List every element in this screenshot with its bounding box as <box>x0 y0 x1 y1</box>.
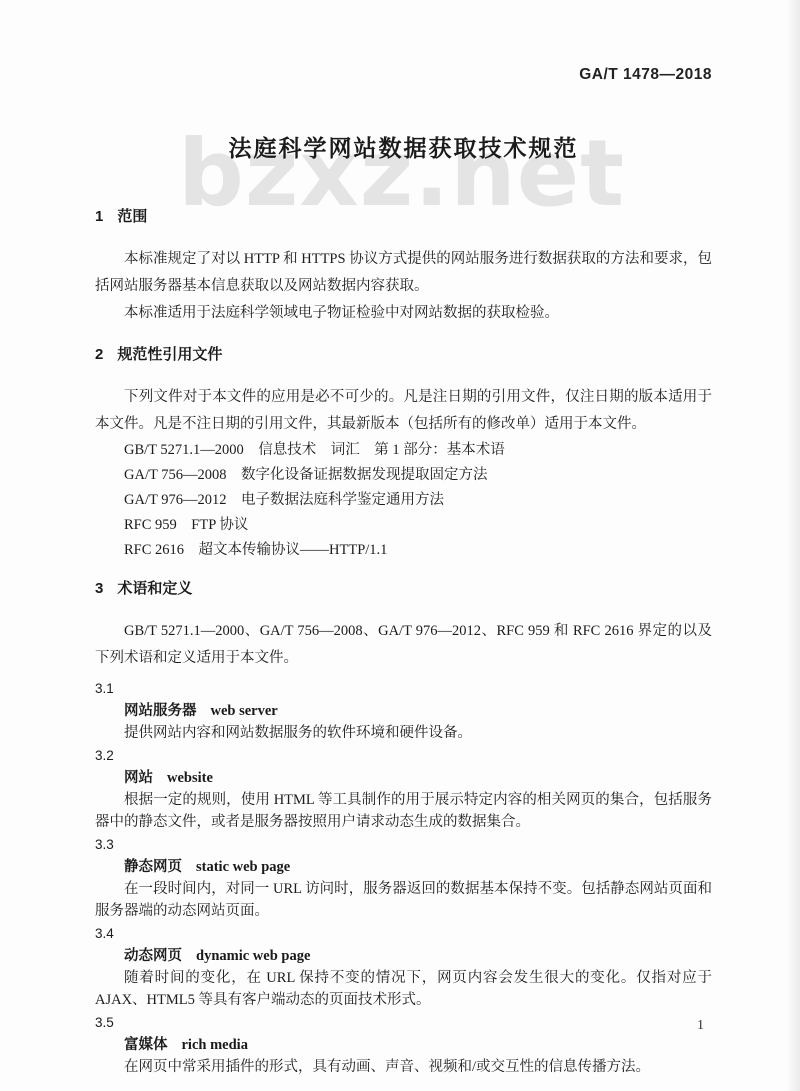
terms-list: 3.1 网站服务器web server 提供网站内容和网站数据服务的软件环境和硬… <box>95 678 712 1078</box>
term-definition: 根据一定的规则，使用 HTML 等工具制作的用于展示特定内容的相关网页的集合，包… <box>95 789 712 834</box>
term-id: 3.4 <box>95 923 712 945</box>
paragraph: 本标准适用于法庭科学领域电子物证检验中对网站数据的获取检验。 <box>95 300 712 327</box>
reference-item: RFC 959 FTP 协议 <box>95 513 712 538</box>
term-entry: 3.4 动态网页dynamic web page 随着时间的变化，在 URL 保… <box>95 923 712 1012</box>
section-3-heading: 3术语和定义 <box>95 577 712 598</box>
term-zh: 网站服务器 <box>124 703 197 719</box>
term-definition: 在网页中常采用插件的形式，具有动画、声音、视频和/或交互性的信息传播方法。 <box>95 1056 712 1079</box>
section-2-label: 规范性引用文件 <box>117 346 222 363</box>
term-heading: 富媒体rich media <box>95 1034 712 1056</box>
term-heading: 网站服务器web server <box>95 700 712 722</box>
term-zh: 动态网页 <box>124 948 182 964</box>
term-entry: 3.3 静态网页static web page 在一段时间内，对同一 URL 访… <box>95 834 712 923</box>
term-zh: 静态网页 <box>124 859 182 875</box>
term-id: 3.5 <box>95 1012 712 1034</box>
reference-item: RFC 2616 超文本传输协议——HTTP/1.1 <box>95 538 712 563</box>
paragraph: GB/T 5271.1—2000、GA/T 756—2008、GA/T 976—… <box>95 618 712 672</box>
reference-list: GB/T 5271.1—2000 信息技术 词汇 第 1 部分：基本术语 GA/… <box>95 438 712 563</box>
term-entry: 3.2 网站website 根据一定的规则，使用 HTML 等工具制作的用于展示… <box>95 745 712 834</box>
term-entry: 3.5 富媒体rich media 在网页中常采用插件的形式，具有动画、声音、视… <box>95 1012 712 1079</box>
section-1-heading: 1范围 <box>95 205 712 226</box>
term-definition: 在一段时间内，对同一 URL 访问时，服务器返回的数据基本保持不变。包括静态网站… <box>95 878 712 923</box>
term-id: 3.2 <box>95 745 712 767</box>
section-1-label: 范围 <box>117 208 147 225</box>
term-heading: 静态网页static web page <box>95 856 712 878</box>
term-en: static web page <box>196 859 290 875</box>
paragraph: 本标准规定了对以 HTTP 和 HTTPS 协议方式提供的网站服务进行数据获取的… <box>95 246 712 300</box>
term-zh: 富媒体 <box>124 1037 168 1053</box>
page-number: 1 <box>697 1018 704 1034</box>
document-content: GA/T 1478—2018 法庭科学网站数据获取技术规范 1范围 本标准规定了… <box>0 0 800 1078</box>
term-en: rich media <box>182 1037 248 1053</box>
term-en: website <box>167 770 213 786</box>
term-id: 3.1 <box>95 678 712 700</box>
document-page: bzxz.net GA/T 1478—2018 法庭科学网站数据获取技术规范 1… <box>0 0 800 1091</box>
section-2-number: 2 <box>95 346 103 363</box>
term-heading: 动态网页dynamic web page <box>95 945 712 967</box>
page-title: 法庭科学网站数据获取技术规范 <box>95 130 712 163</box>
section-3-label: 术语和定义 <box>117 580 192 597</box>
term-entry: 3.1 网站服务器web server 提供网站内容和网站数据服务的软件环境和硬… <box>95 678 712 745</box>
term-id: 3.3 <box>95 834 712 856</box>
term-definition: 随着时间的变化，在 URL 保持不变的情况下，网页内容会发生很大的变化。仅指对应… <box>95 967 712 1012</box>
reference-item: GA/T 756—2008 数字化设备证据数据发现提取固定方法 <box>95 463 712 488</box>
term-zh: 网站 <box>124 770 153 786</box>
standard-number: GA/T 1478—2018 <box>95 0 712 84</box>
reference-item: GB/T 5271.1—2000 信息技术 词汇 第 1 部分：基本术语 <box>95 438 712 463</box>
term-definition: 提供网站内容和网站数据服务的软件环境和硬件设备。 <box>95 722 712 745</box>
term-heading: 网站website <box>95 767 712 789</box>
paragraph: 下列文件对于本文件的应用是必不可少的。凡是注日期的引用文件，仅注日期的版本适用于… <box>95 384 712 438</box>
reference-item: GA/T 976—2012 电子数据法庭科学鉴定通用方法 <box>95 488 712 513</box>
term-en: dynamic web page <box>196 948 310 964</box>
section-2-heading: 2规范性引用文件 <box>95 343 712 364</box>
section-1-number: 1 <box>95 208 103 225</box>
section-3-number: 3 <box>95 580 103 597</box>
term-en: web server <box>211 703 278 719</box>
